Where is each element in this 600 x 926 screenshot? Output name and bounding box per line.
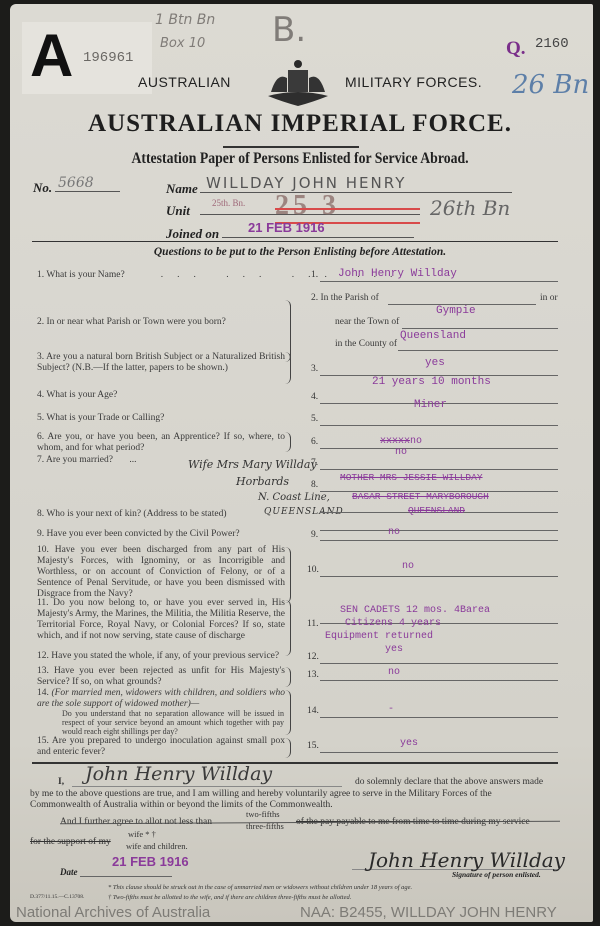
q2: 2. In or near what Parish or Town were y… [37,317,226,328]
q2-text: In or near what Parish or Town were you … [47,317,226,327]
series-letter: A [30,26,73,86]
a10-answer: no [402,561,414,572]
a9-line [320,540,558,541]
a15-answer: yes [400,738,418,749]
a12-answer: yes [385,644,403,655]
a1-answer: John Henry Willday [338,268,457,280]
q9: 9. Have you ever been convicted by the C… [37,529,240,540]
joined-label: Joined on [166,226,219,242]
q5: 5. What is your Trade or Calling? [37,413,164,424]
a9-answer: no [388,527,400,538]
q12-text: Have you stated the whole, if any, of yo… [51,651,279,661]
title-right: MILITARY FORCES. [345,74,482,90]
date-line [80,876,172,877]
q4-text: What is your Age? [46,390,117,400]
q8-text: Who is your next of kin? (Address to be … [46,509,226,519]
a3-number: 3. [311,364,318,374]
unit-annotation: 26 Bn [512,70,589,100]
q7-number: 7. [37,455,44,465]
q11-brace [285,600,291,656]
q4: 4. What is your Age? [37,390,117,401]
a14-line [320,717,558,718]
q15-number: 15. [37,736,49,746]
q3: 3. Are you a natural born British Subjec… [37,352,285,374]
q15: 15. Are you prepared to undergo inoculat… [37,736,285,758]
unit-struck: 25 3 [275,190,340,222]
declaration-name: John Henry Willday [85,763,272,785]
title-left: AUSTRALIAN [138,74,231,90]
a5-number: 5. [311,414,318,424]
q13-text: Have you ever been rejected as unfit for… [37,666,285,687]
footer-record-reference: NAA: B2455, WILLDAY JOHN HENRY [300,904,557,921]
section-rule [32,241,558,242]
a10-line [320,576,558,577]
support-text: for the support of my [30,836,111,848]
barcode-number: 196961 [83,50,133,66]
q3-brace [285,352,291,384]
county-value: Queensland [400,330,466,342]
q5-text: What is your Trade or Calling? [46,413,164,423]
joined-line [222,237,414,238]
q14-number: 14. [37,688,49,698]
signature-caption: Signature of person enlisted. [452,870,541,879]
support-option-1: wife * † [128,828,156,840]
q14-italic-text: (For married men, widowers with children… [37,688,285,709]
a5-answer: Miner [414,399,447,411]
title-underline [223,146,359,148]
nok-hand-2: Horbards [236,475,289,488]
a3-answer: yes [425,357,445,369]
q11-number: 11. [37,598,49,608]
main-title: AUSTRALIAN IMPERIAL FORCE. [0,110,600,138]
in-or-label: in or [540,293,558,304]
a4-answer: 21 years 10 months [372,376,491,388]
no-line [55,191,120,192]
a6-number: 6. [311,437,318,447]
q-stamp: Q. [506,38,526,60]
q12: 12. Have you stated the whole, if any, o… [37,651,279,662]
q4-number: 4. [37,390,44,400]
pencil-note-1: 1 Btn Bn [155,12,215,28]
q6-number: 6. [37,432,44,442]
date-label: Date [60,867,78,877]
unit-stamp: 25th. Bn. [212,198,245,208]
q8-number: 8. [37,509,44,519]
name-line [200,192,512,193]
q3-number: 3. [37,352,44,362]
a15-number: 15. [307,741,319,751]
declaration-name-line [72,786,342,787]
parish-label: 2. In the Parish of [311,293,379,304]
nok-hand-3: N. Coast Line, [258,492,330,503]
a14-answer: - [388,704,394,715]
q10-brace [285,547,291,603]
a6-struck: xxxxx [380,436,410,447]
q10-number: 10. [37,545,49,555]
q11-text: Do you now belong to, or have you ever s… [37,598,285,641]
q12-number: 12. [37,651,49,661]
a12-line [320,663,558,664]
a8-struck-3: QUEENSLAND [408,505,465,516]
q11: 11. Do you now belong to, or have you ev… [37,598,285,642]
support-option-2: wife and children. [126,840,188,852]
q8: 8. Who is your next of kin? (Address to … [37,509,227,520]
unit-value: 26th Bn [430,196,510,220]
signature: John Henry Willday [368,848,565,872]
q1-number: 1. [37,270,44,280]
record-number: 2160 [535,36,569,52]
a8-line-3 [320,530,558,531]
a13-answer: no [388,667,400,678]
a1-number: 1. [311,270,318,280]
pencil-letter: B. [272,10,306,50]
no-value: 5668 [58,175,94,191]
date-value: 21 FEB 1916 [112,854,189,869]
allot-option-1: two-fifths [246,808,280,820]
a6-value: no [410,436,422,447]
a11-answer-2: Citizens 4 years [345,618,441,629]
a13-line [320,680,558,681]
a13-number: 13. [307,670,319,680]
a10-number: 10. [307,565,319,575]
joined-value: 21 FEB 1916 [248,220,325,235]
q7: 7. Are you married? ... [37,455,136,466]
a11-answer-1: SEN CADETS 12 mos. 4Barea [340,605,490,616]
footer-archive-name: National Archives of Australia [16,904,210,921]
a7-line [320,469,558,470]
county-line [398,350,558,351]
a15-line [320,752,558,753]
q13-number: 13. [37,666,49,676]
q14-text: Do you understand that no separation all… [62,709,284,736]
footnote-2: † Two-fifths must be allotted to the wif… [108,894,351,901]
a8-number: 8. [311,480,318,490]
name-label: Name [166,181,198,197]
q15-text: Are you prepared to undergo inoculation … [37,736,285,757]
q3-text: Are you a natural born British Subject o… [37,352,285,373]
q13: 13. Have you ever been rejected as unfit… [37,666,285,688]
town-label: near the Town of [335,317,399,328]
town-line [402,328,558,329]
q6: 6. Are you, or have you been, an Apprent… [37,432,285,454]
footnote-1: * This clause should be struck out in th… [108,884,412,891]
county-label: in the County of [335,339,397,350]
declaration-text-1: do solemnly declare that the above answe… [355,776,543,788]
questions-heading: Questions to be put to the Person Enlist… [0,246,600,258]
a7-answer: no [395,447,407,458]
a8-struck-1: MOTHER MRS JESSIE WILLDAY [340,472,483,483]
q9-text: Have you ever been convicted by the Civi… [47,529,240,539]
town-value: Gympie [436,305,476,317]
a9-number: 9. [311,530,318,540]
subtitle: Attestation Paper of Persons Enlisted fo… [42,150,558,168]
declaration-text-3: Commonwealth of Australia within or beyo… [30,799,333,811]
q1-text: What is your Name? [46,270,124,280]
a12-number: 12. [307,652,319,662]
q14-brace [285,690,291,735]
pencil-note-2: Box 10 [160,36,205,51]
q6-brace [285,432,291,452]
q2-number: 2. [37,317,44,327]
declaration-prefix: I, [58,776,64,788]
coat-of-arms-icon [263,58,333,110]
q15-brace [285,738,291,758]
a14-number: 14. [307,706,319,716]
a6-answer: xxxxxno [380,436,422,447]
no-label: No. [33,180,52,196]
a8-struck-2: BASAR STREET MARYBOROUGH [352,491,489,502]
a11-number: 11. [307,619,319,629]
q10-text: Have you ever been discharged from any p… [37,545,285,599]
a1-line [320,281,558,282]
q5-number: 5. [37,413,44,423]
unit-label: Unit [166,203,190,219]
form-code: D.377/11.15.—C.13708. [30,894,84,900]
q6-text: Are you, or have you been, an Apprentice… [37,432,285,453]
q13-brace [285,667,291,687]
a5-line [320,425,558,426]
a6-line [320,448,558,449]
q14-intro: 14. (For married men, widowers with chil… [37,688,285,710]
q7-text: Are you married? [46,455,113,465]
q10: 10. Have you ever been discharged from a… [37,545,285,600]
a11-answer-3: Equipment returned [325,631,433,642]
red-strike-1 [275,208,420,210]
q9-number: 9. [37,529,44,539]
nok-hand-1: Wife Mrs Mary Willday [188,458,317,471]
a4-number: 4. [311,392,318,402]
